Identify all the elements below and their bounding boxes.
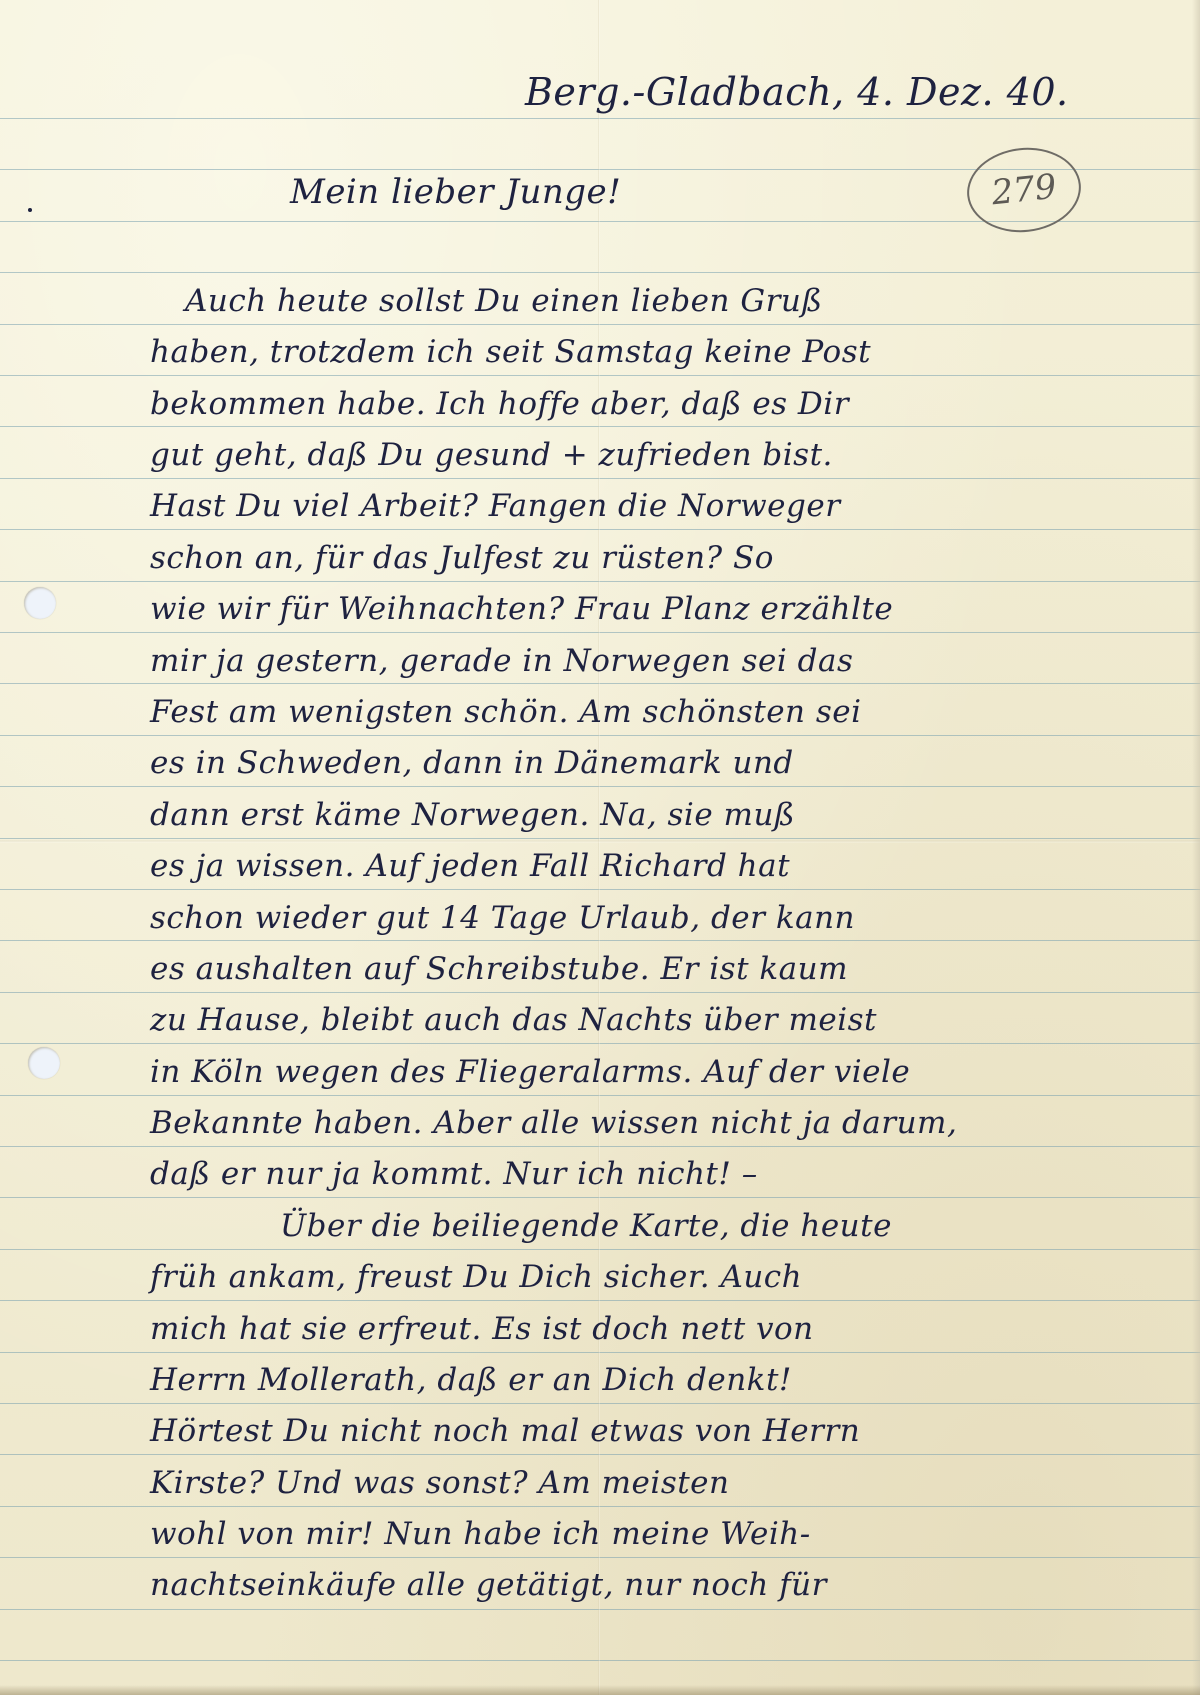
letter-line: mich hat sie erfreut. Es ist doch nett v… — [150, 1311, 814, 1347]
ruled-line — [0, 426, 1200, 427]
ruled-line — [0, 1249, 1200, 1250]
ruled-line — [0, 786, 1200, 787]
letter-line: Bekannte haben. Aber alle wissen nicht j… — [150, 1105, 957, 1141]
ruled-line — [0, 992, 1200, 993]
ruled-line — [0, 118, 1200, 119]
letter-line: schon wieder gut 14 Tage Urlaub, der kan… — [150, 900, 855, 936]
ruled-line — [0, 1454, 1200, 1455]
bottom-edge-shading — [0, 1685, 1200, 1695]
letter-line: wie wir für Weihnachten? Frau Planz erzä… — [150, 591, 893, 627]
punch-hole-lower — [28, 1047, 60, 1079]
ruled-line — [0, 375, 1200, 376]
ruled-line — [0, 1095, 1200, 1096]
letter-line: Auch heute sollst Du einen lieben Gruß — [185, 283, 823, 319]
letter-line: dann erst käme Norwegen. Na, sie muß — [150, 797, 795, 833]
letter-line-paragraph-start: Über die beiliegende Karte, die heute — [280, 1208, 892, 1244]
ruled-line — [0, 1300, 1200, 1301]
letter-line: haben, trotzdem ich seit Samstag keine P… — [150, 334, 871, 370]
salutation: Mein lieber Junge! — [290, 172, 621, 212]
ruled-line — [0, 1043, 1200, 1044]
letter-line: gut geht, daß Du gesund + zufrieden bist… — [150, 437, 833, 473]
letter-line: Kirste? Und was sonst? Am meisten — [150, 1465, 730, 1501]
ruled-line — [0, 1660, 1200, 1661]
letter-line: bekommen habe. Ich hoffe aber, daß es Di… — [150, 386, 849, 422]
right-edge-shading — [1192, 0, 1200, 1695]
letter-line: Herrn Mollerath, daß er an Dich denkt! — [150, 1362, 792, 1398]
letter-page: Berg.-Gladbach, 4. Dez. 40. 279 Mein lie… — [0, 0, 1200, 1695]
letter-line: es ja wissen. Auf jeden Fall Richard hat — [150, 848, 790, 884]
letter-line: nachtseinkäufe alle getätigt, nur noch f… — [150, 1567, 827, 1603]
ruled-line — [0, 632, 1200, 633]
letter-line: es in Schweden, dann in Dänemark und — [150, 745, 794, 781]
punch-hole-upper — [24, 587, 56, 619]
ruled-line — [0, 889, 1200, 890]
ruled-line — [0, 1557, 1200, 1558]
letter-line: Fest am wenigsten schön. Am schönsten se… — [150, 694, 862, 730]
archive-number: 279 — [990, 167, 1059, 214]
letter-line: wohl von mir! Nun habe ich meine Weih- — [150, 1516, 811, 1552]
ink-dot-mark — [28, 208, 32, 212]
letter-line: daß er nur ja kommt. Nur ich nicht! – — [150, 1156, 758, 1192]
ruled-line — [0, 1197, 1200, 1198]
horizontal-fold-crease — [0, 840, 1200, 843]
ruled-line — [0, 324, 1200, 325]
ruled-line — [0, 1146, 1200, 1147]
ruled-line — [0, 478, 1200, 479]
ruled-line — [0, 1352, 1200, 1353]
ruled-line — [0, 1506, 1200, 1507]
ruled-line — [0, 529, 1200, 530]
letter-line: Hast Du viel Arbeit? Fangen die Norweger — [150, 488, 841, 524]
ruled-line — [0, 272, 1200, 273]
ruled-line — [0, 1403, 1200, 1404]
letter-line: früh ankam, freust Du Dich sicher. Auch — [150, 1259, 802, 1295]
ruled-line — [0, 735, 1200, 736]
letter-line: schon an, für das Julfest zu rüsten? So — [150, 540, 774, 576]
letter-line: zu Hause, bleibt auch das Nachts über me… — [150, 1002, 877, 1038]
archive-number-circle: 279 — [963, 142, 1085, 237]
ruled-line — [0, 838, 1200, 839]
ruled-line — [0, 940, 1200, 941]
place-date-line: Berg.-Gladbach, 4. Dez. 40. — [525, 70, 1069, 114]
letter-line: in Köln wegen des Fliegeralarms. Auf der… — [150, 1054, 910, 1090]
letter-line: mir ja gestern, gerade in Norwegen sei d… — [150, 643, 853, 679]
ruled-line — [0, 1609, 1200, 1610]
ruled-line — [0, 683, 1200, 684]
ruled-line — [0, 581, 1200, 582]
letter-line: Hörtest Du nicht noch mal etwas von Herr… — [150, 1413, 860, 1449]
letter-line: es aushalten auf Schreibstube. Er ist ka… — [150, 951, 848, 987]
